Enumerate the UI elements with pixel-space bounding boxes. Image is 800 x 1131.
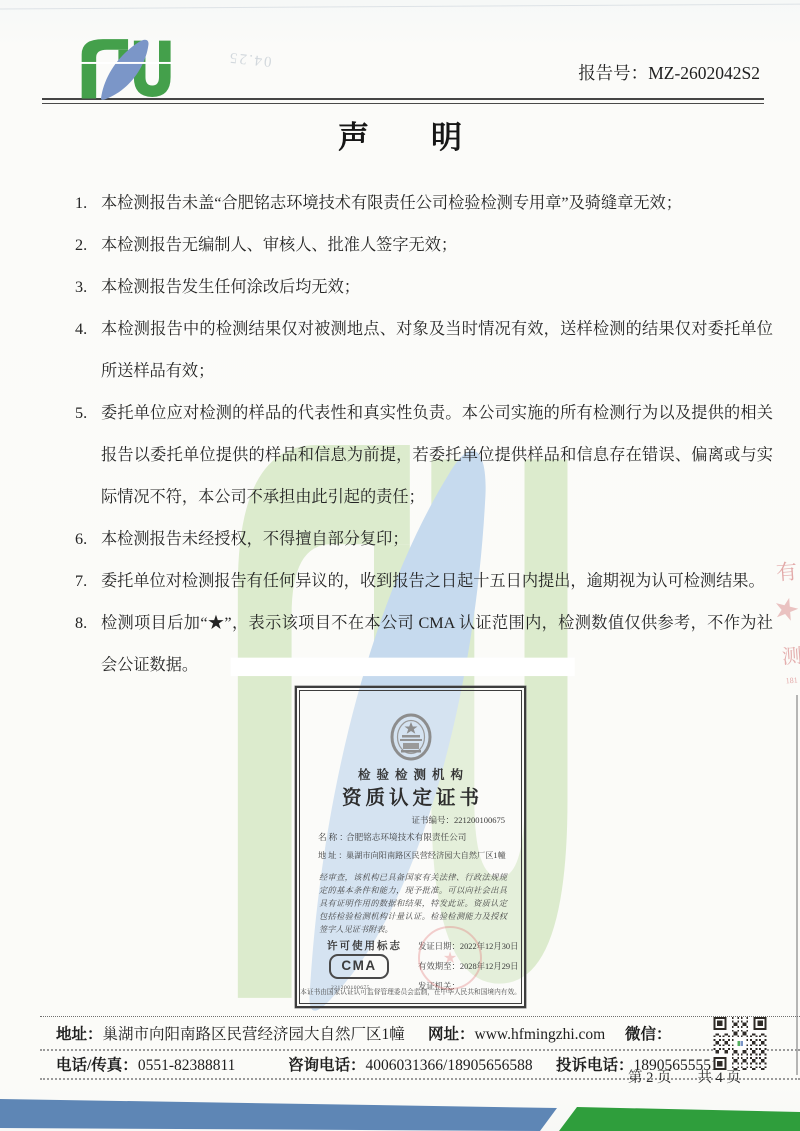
statement-item: 5.委托单位应对检测的样品的代表性和真实性负责。本公司实施的所有检测行为以及提供…	[73, 392, 773, 518]
page-current: 第 2 页	[628, 1066, 672, 1087]
statement-item: 3.本检测报告发生任何涂改后均无效；	[73, 266, 773, 308]
bottom-color-bands	[0, 1091, 800, 1131]
wechat-qr-code	[712, 1017, 768, 1070]
statement-list: 1.本检测报告未盖“合肥铭志环境技术有限责任公司检验检测专用章”及骑缝章无效；2…	[73, 182, 773, 686]
footer-consult-phone: 咨询电话：4006031366/18905656588	[288, 1053, 533, 1075]
footer-telfax-label: 电话/传真：	[56, 1057, 138, 1074]
statement-number: 5.	[75, 392, 87, 434]
statement-number: 4.	[75, 308, 87, 350]
footer-website-label: 网址：	[428, 1026, 475, 1043]
statement-item: 4.本检测报告中的检测结果仅对被测地点、对象及当时情况有效，送样检测的结果仅对委…	[73, 308, 773, 392]
statement-text: 本检测报告未经授权，不得擅自部分复印；	[101, 530, 409, 548]
certificate-addr-value: 巢湖市向阳南路区民营经济园大自然厂区1幢	[346, 851, 506, 860]
accreditation-certificate: 检验检测机构 资质认定证书 证书编号：221200100675 名称：合肥铭志环…	[295, 686, 526, 1008]
footer-consult-label: 咨询电话：	[288, 1057, 366, 1074]
certificate-name-row: 名称：合肥铭志环境技术有限责任公司	[318, 831, 509, 843]
seal-char-bottom: 测	[781, 639, 800, 669]
footer-website: 网址：www.hfmingzhi.com	[428, 1022, 605, 1044]
document-page: 04.25 报告号：MZ-2602042S2 声 明 1.本检测报告未盖“合肥铭…	[0, 0, 800, 1131]
certificate-addr-label: 地址：	[318, 850, 346, 861]
footer-telfax: 电话/传真：0551-82388811	[56, 1053, 235, 1075]
report-number: 报告号：MZ-2602042S2	[578, 60, 760, 85]
certificate-org-type: 检验检测机构	[300, 765, 521, 783]
seal-digits: 181	[785, 676, 798, 686]
footer-wechat-label: 微信：	[625, 1022, 672, 1044]
certificate-title: 资质认定证书	[300, 782, 521, 810]
national-emblem-icon	[389, 713, 433, 766]
faint-red-seal	[418, 926, 482, 990]
page-title: 声 明	[0, 112, 800, 157]
report-number-value: MZ-2602042S2	[648, 63, 760, 83]
footer-address-label: 地址：	[56, 1026, 103, 1043]
statement-text: 本检测报告无编制人、审核人、批准人签字无效；	[101, 236, 457, 254]
certificate-name-label: 名称：	[318, 831, 346, 843]
statement-text: 本检测报告未盖“合肥铭志环境技术有限责任公司检验检测专用章”及骑缝章无效；	[101, 194, 682, 212]
statement-number: 2.	[75, 224, 87, 266]
statement-number: 1.	[75, 182, 87, 224]
statement-text: 本检测报告发生任何涂改后均无效；	[101, 278, 360, 296]
scan-edge-artifact	[0, 3, 800, 9]
statement-number: 8.	[75, 602, 87, 644]
statement-item: 7.委托单位对检测报告有任何异议的，收到报告之日起十五日内提出，逾期视为认可检测…	[73, 560, 773, 602]
footer-website-value: www.hfmingzhi.com	[475, 1026, 606, 1043]
blue-band	[0, 1099, 557, 1131]
footer-consult-value: 4006031366/18905656588	[366, 1057, 533, 1074]
statement-number: 7.	[75, 560, 87, 602]
certificate-number-label: 证书编号：	[411, 815, 454, 825]
statement-number: 3.	[75, 266, 87, 308]
footer-rule-top	[40, 1016, 800, 1017]
cma-mark-icon: CMA	[329, 954, 389, 979]
footer-address-value: 巢湖市向阳南路区民营经济园大自然厂区1幢	[103, 1026, 405, 1043]
footer-telfax-value: 0551-82388811	[138, 1057, 236, 1074]
wechat-label-text: 微信：	[625, 1026, 672, 1043]
certificate-inner-frame: 检验检测机构 资质认定证书 证书编号：221200100675 名称：合肥铭志环…	[299, 690, 522, 1004]
bleed-through-artifact: 04.25	[227, 48, 272, 69]
statement-number: 6.	[75, 518, 87, 560]
footer-complaint-label: 投诉电话：	[556, 1057, 634, 1074]
green-band	[559, 1107, 800, 1131]
statement-item: 1.本检测报告未盖“合肥铭志环境技术有限责任公司检验检测专用章”及骑缝章无效；	[73, 182, 773, 224]
company-logo-icon	[72, 30, 188, 100]
report-number-label: 报告号：	[578, 63, 648, 83]
statement-text: 检测项目后加“★”，表示该项目不在本公司 CMA 认证范围内，检测数值仅供参考，…	[101, 614, 773, 674]
certificate-mark-label: 许可使用标志	[327, 938, 402, 953]
statement-item: 2.本检测报告无编制人、审核人、批准人签字无效；	[73, 224, 773, 266]
certificate-number-value: 221200100675	[454, 815, 505, 825]
statement-text: 本检测报告中的检测结果仅对被测地点、对象及当时情况有效，送样检测的结果仅对委托单…	[101, 320, 773, 380]
statement-item: 6.本检测报告未经授权，不得擅自部分复印；	[73, 518, 773, 560]
statement-text: 委托单位应对检测的样品的代表性和真实性负责。本公司实施的所有检测行为以及提供的相…	[101, 404, 773, 506]
certificate-number: 证书编号：221200100675	[411, 814, 505, 826]
certificate-addr-row: 地址：巢湖市向阳南路区民营经济园大自然厂区1幢	[318, 850, 509, 861]
scan-edge-line	[796, 695, 798, 1075]
certificate-name-value: 合肥铭志环境技术有限责任公司	[346, 832, 466, 842]
seal-char-top: 有	[775, 555, 798, 586]
statement-item: 8.检测项目后加“★”，表示该项目不在本公司 CMA 认证范围内，检测数值仅供参…	[73, 602, 773, 686]
certificate-footer-note: 本证书由国家认证认可监督管理委员会监制，在中华人民共和国境内有效。	[300, 986, 521, 996]
footer-rule-middle	[40, 1049, 800, 1051]
statement-text: 委托单位对检测报告有任何异议的，收到报告之日起十五日内提出，逾期视为认可检测结果…	[101, 572, 765, 590]
certificate-body-text: 经审查，该机构已具备国家有关法律、行政法规规定的基本条件和能力，现予批准。可以向…	[319, 871, 507, 936]
seal-star: ★	[769, 589, 800, 629]
footer-address: 地址：巢湖市向阳南路区民营经济园大自然厂区1幢	[56, 1022, 405, 1044]
